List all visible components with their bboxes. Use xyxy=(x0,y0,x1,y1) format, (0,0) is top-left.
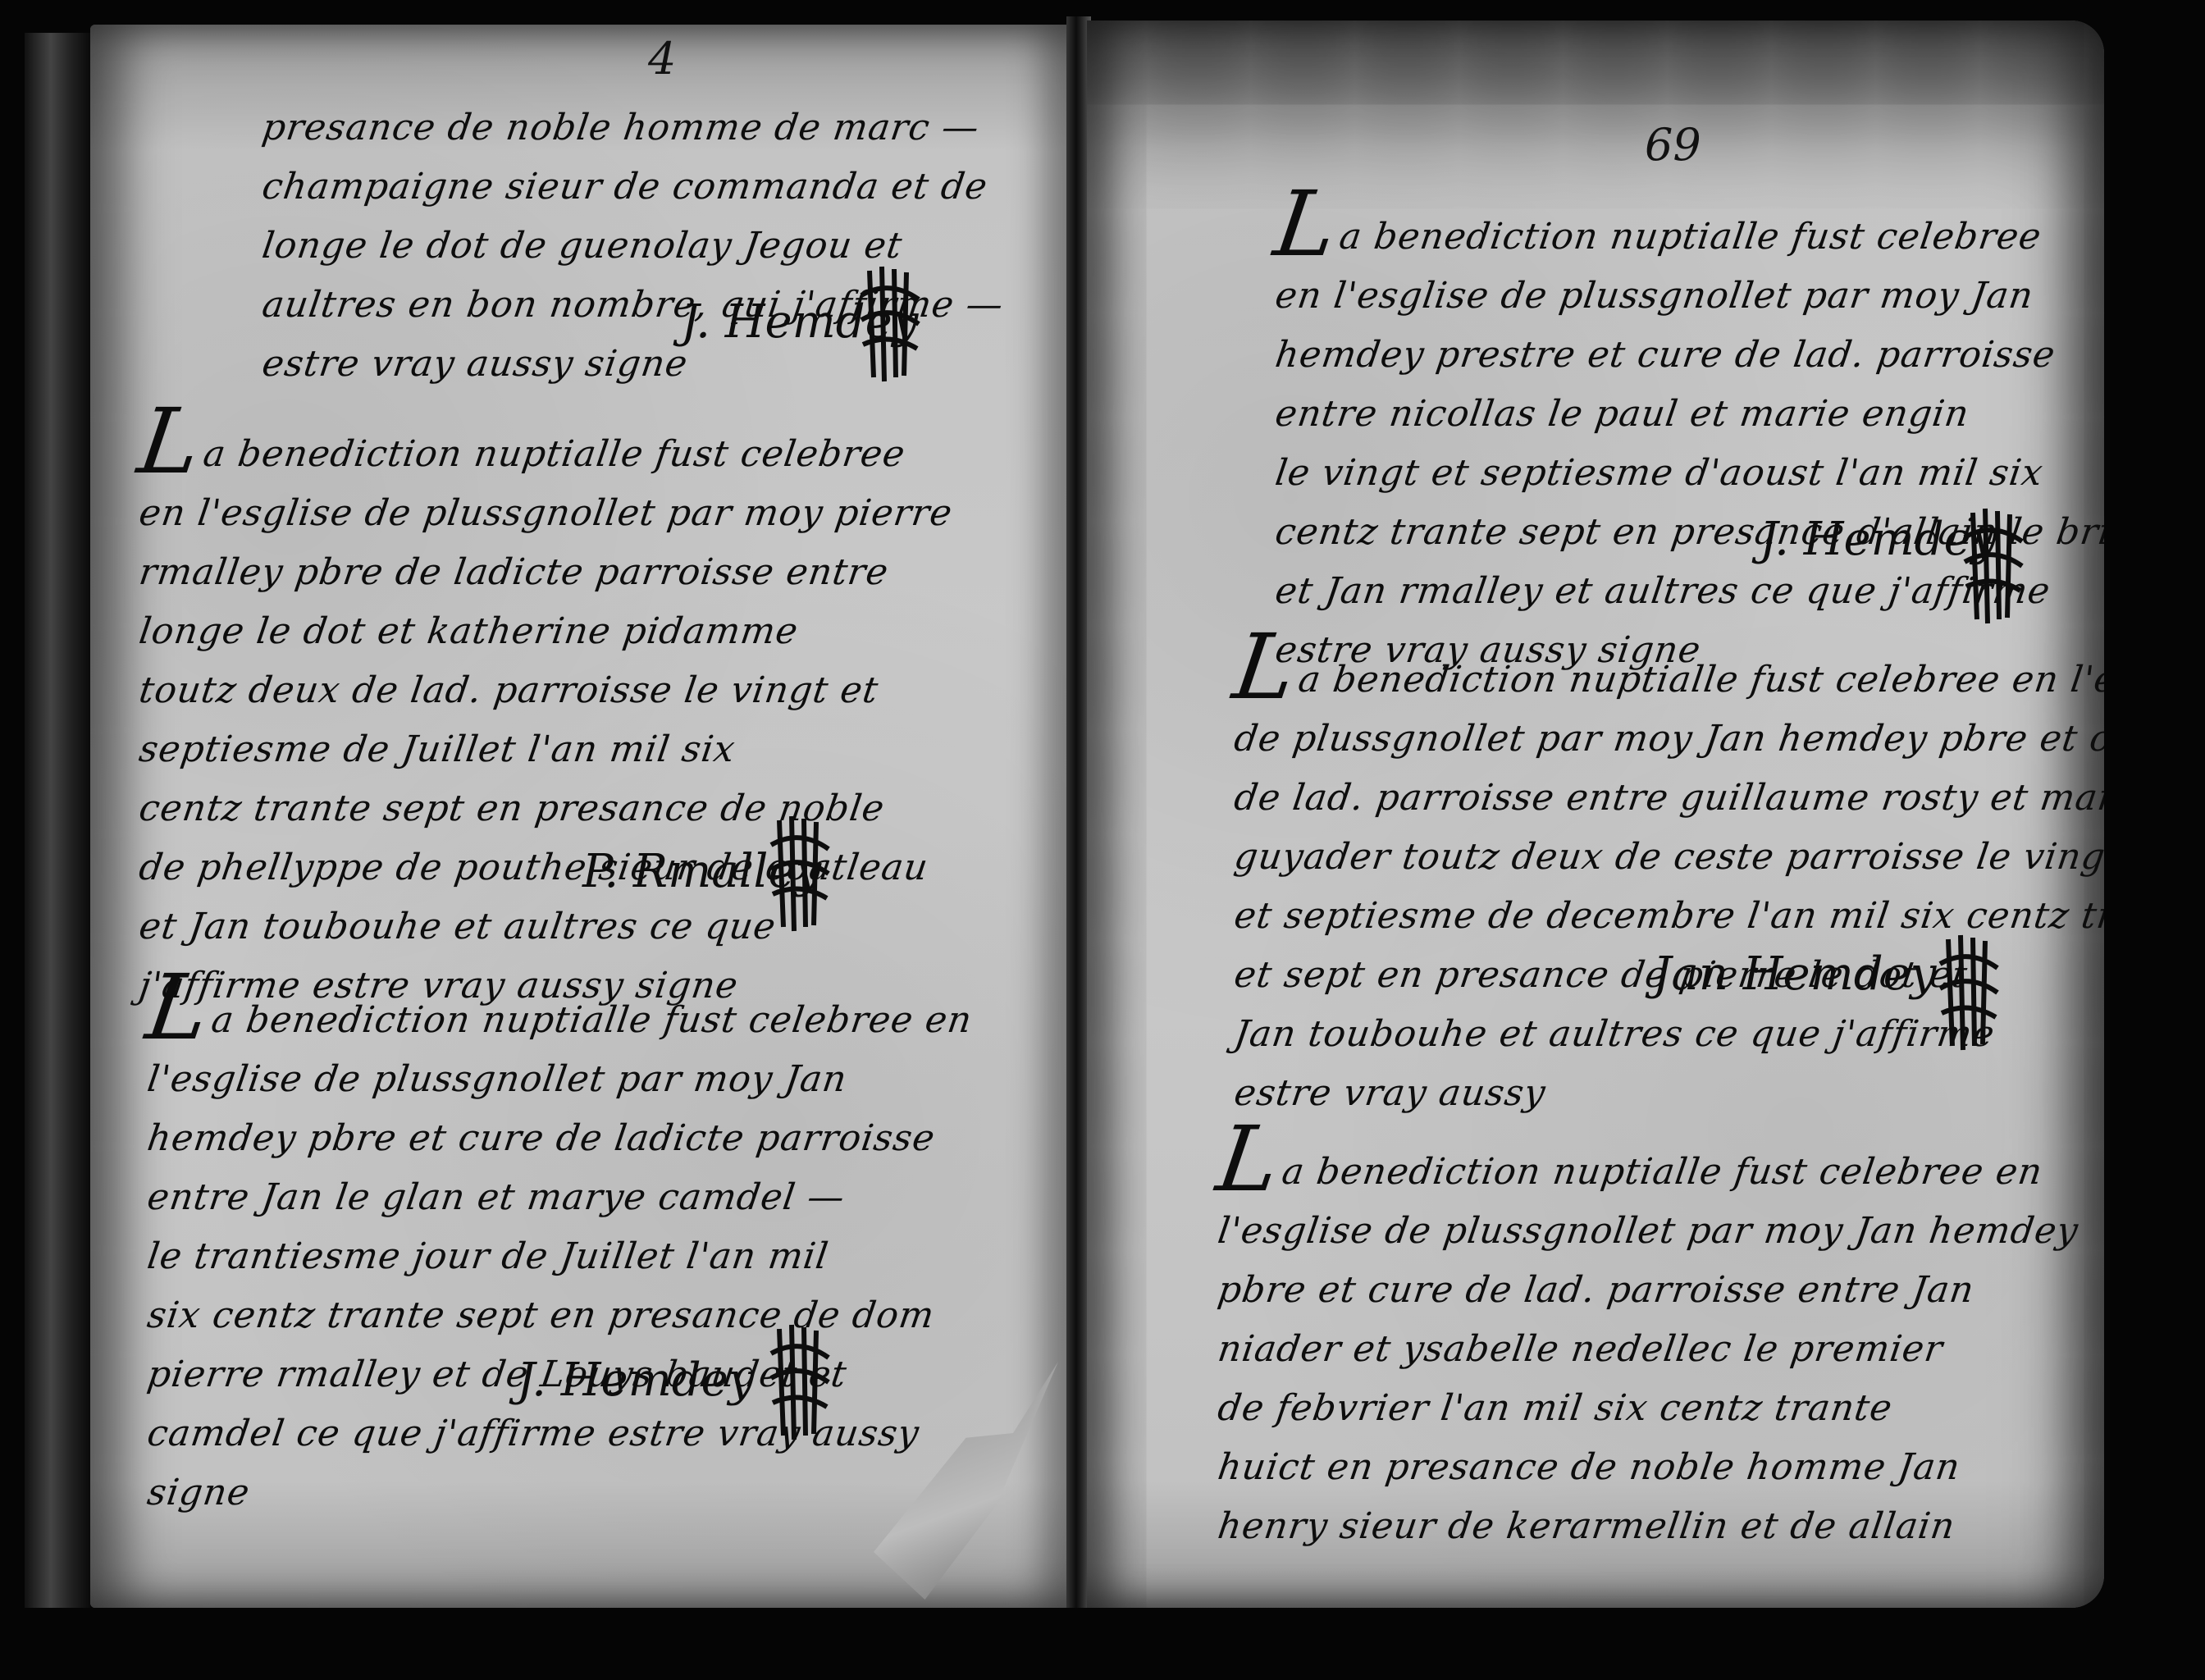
entry-line: La benediction nuptialle fust celebree e… xyxy=(1212,1120,2084,1202)
entry-line: de febvrier l'an mil six centz trante xyxy=(1214,1379,2082,1438)
entry-line: l'esglise de plussgnollet par moy Jan xyxy=(144,1050,978,1109)
left-page: 4 presance de noble homme de marc — cham… xyxy=(90,25,1066,1608)
right-page: 69 La benediction nuptialle fust celebre… xyxy=(1087,21,2104,1608)
scribble-mark-icon xyxy=(1956,504,2030,628)
entry-line: entre nicollas le paul et marie engin xyxy=(1271,385,2104,444)
folio-number: 69 xyxy=(1645,119,1701,171)
entry-line: entre Jan le glan et marye camdel — xyxy=(144,1168,978,1227)
signature: J. Hemdey xyxy=(517,1354,754,1407)
entry-line: de plussgnollet par moy Jan hemdey pbre … xyxy=(1230,710,2104,769)
entry-line: niader et ysabelle nedellec le premier xyxy=(1214,1320,2082,1379)
entry-initial: L xyxy=(144,975,213,1040)
entry-initial: L xyxy=(1230,634,1300,700)
scribble-mark-icon xyxy=(763,1321,837,1444)
entry-line: septiesme de Juillet l'an mil six xyxy=(135,720,956,779)
scribble-mark-icon xyxy=(853,262,927,386)
book-spine-edge xyxy=(25,33,90,1608)
entry-line: La benediction nuptialle fust celebree xyxy=(134,402,958,484)
entry-line: longe le dot et katherine pidamme xyxy=(135,602,956,661)
entry-line: signe xyxy=(144,1463,978,1522)
entry-line: rmalley pbre de ladicte parroisse entre xyxy=(135,543,956,602)
folio-number: 4 xyxy=(648,33,676,84)
entry-line: presance de noble homme de marc — xyxy=(258,98,1007,157)
entry-line: toutz deux de lad. parroisse le vingt et xyxy=(135,661,956,720)
register-entry: La benediction nuptialle fust celebree e… xyxy=(148,968,974,1522)
entry-line: hemdey prestre et cure de lad. parroisse xyxy=(1271,326,2104,385)
entry-line: de lad. parroisse entre guillaume rosty … xyxy=(1230,769,2104,828)
entry-line: six centz trante sept en presance de dom xyxy=(144,1286,978,1345)
entry-line: champaigne sieur de commanda et de xyxy=(258,157,1007,217)
scribble-mark-icon xyxy=(1932,931,2006,1054)
entry-line: La benediction nuptialle fust celebree e… xyxy=(1229,628,2104,710)
entry-initial: L xyxy=(1214,1126,1284,1192)
register-entry: La benediction nuptialle fust celebree e… xyxy=(1218,1120,2078,1556)
entry-initial: L xyxy=(135,409,205,474)
signature: Jan Hemdey xyxy=(1653,947,1936,1001)
entry-initial: L xyxy=(1271,191,1341,257)
entry-line: camdel ce que j'affirme estre vray aussy xyxy=(144,1404,978,1463)
entry-line: en l'esglise de plussgnollet par moy Jan xyxy=(1271,267,2104,326)
entry-line: pbre et cure de lad. parroisse entre Jan xyxy=(1214,1261,2082,1320)
entry-line: guyader toutz deux de ceste parroisse le… xyxy=(1230,828,2104,887)
entry-line: henry sieur de kerarmellin et de allain xyxy=(1214,1497,2082,1556)
entry-line: hemdey pbre et cure de ladicte parroisse xyxy=(144,1109,978,1168)
entry-line: le vingt et septiesme d'aoust l'an mil s… xyxy=(1271,444,2104,503)
entry-line: l'esglise de plussgnollet par moy Jan he… xyxy=(1214,1202,2082,1261)
scribble-mark-icon xyxy=(763,812,837,935)
entry-line: huict en presance de noble homme Jan xyxy=(1214,1438,2082,1497)
entry-line: en l'esglise de plussgnollet par moy pie… xyxy=(135,484,956,543)
entry-line: La benediction nuptialle fust celebree xyxy=(1270,185,2104,267)
entry-line: La benediction nuptialle fust celebree e… xyxy=(142,968,979,1050)
entry-line: le trantiesme jour de Juillet l'an mil xyxy=(144,1227,978,1286)
entry-line: estre vray aussy xyxy=(1230,1064,2104,1123)
